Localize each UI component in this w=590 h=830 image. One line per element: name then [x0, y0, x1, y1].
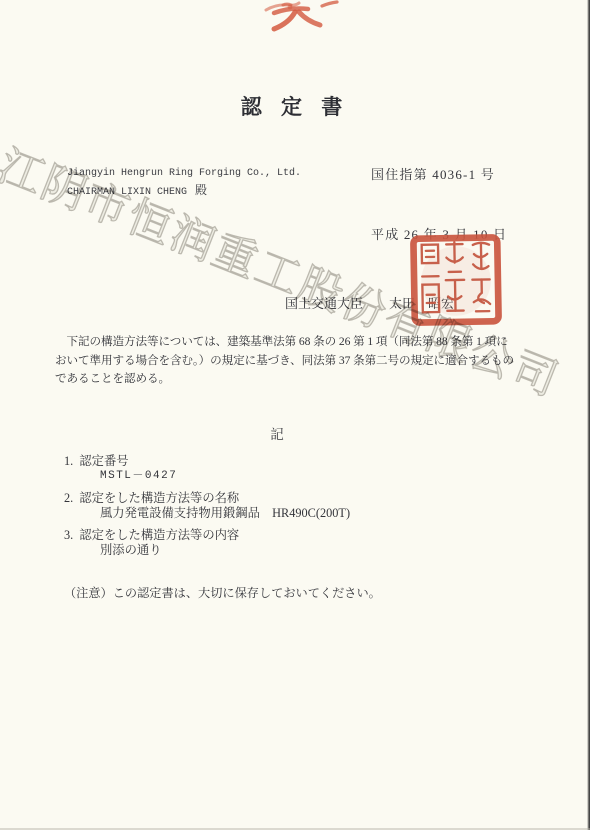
item-2-value: 風力発電設備支持物用鍛鋼品 HR490C(200T) — [100, 503, 350, 521]
body-line: 下記の構造方法等については、建築基準法第 68 条の 26 第 1 項（同法第 … — [55, 333, 555, 352]
body-line: であることを認める。 — [55, 370, 555, 389]
body-paragraph: 下記の構造方法等については、建築基準法第 68 条の 26 第 1 項（同法第 … — [55, 333, 555, 389]
certificate-page: 認 定 書 国住指第 4036-1 号 平成 26 年 3 月 10 日 Jia… — [0, 0, 590, 830]
addressee-chairman-name: CHAIRMAN LIXIN CHENG — [67, 187, 187, 198]
addressee-block: Jiangyin Hengrun Ring Forging Co., Ltd. … — [67, 165, 301, 201]
body-line: おいて準用する場合を含む。）の規定に基づき、同法第 37 条第二号の規定に適合す… — [55, 352, 555, 371]
notice-line: （注意）この認定書は、大切に保存しておいてください。 — [64, 584, 381, 601]
addressee-chairman: CHAIRMAN LIXIN CHENG殿 — [67, 182, 301, 201]
page-title: 認 定 書 — [0, 91, 590, 121]
red-stamp-fragment-icon — [256, 0, 346, 40]
item-3-value: 別添の通り — [100, 540, 162, 558]
addressee-honorific: 殿 — [195, 183, 207, 197]
item-1-value: MSTL－0427 — [100, 466, 177, 482]
document-number: 国住指第 4036-1 号 — [371, 165, 507, 185]
record-heading: 記 — [0, 423, 573, 443]
minister-red-seal-icon — [410, 234, 502, 326]
minister-title: 国土交通大臣 — [285, 296, 363, 311]
addressee-company: Jiangyin Hengrun Ring Forging Co., Ltd. — [67, 165, 301, 182]
